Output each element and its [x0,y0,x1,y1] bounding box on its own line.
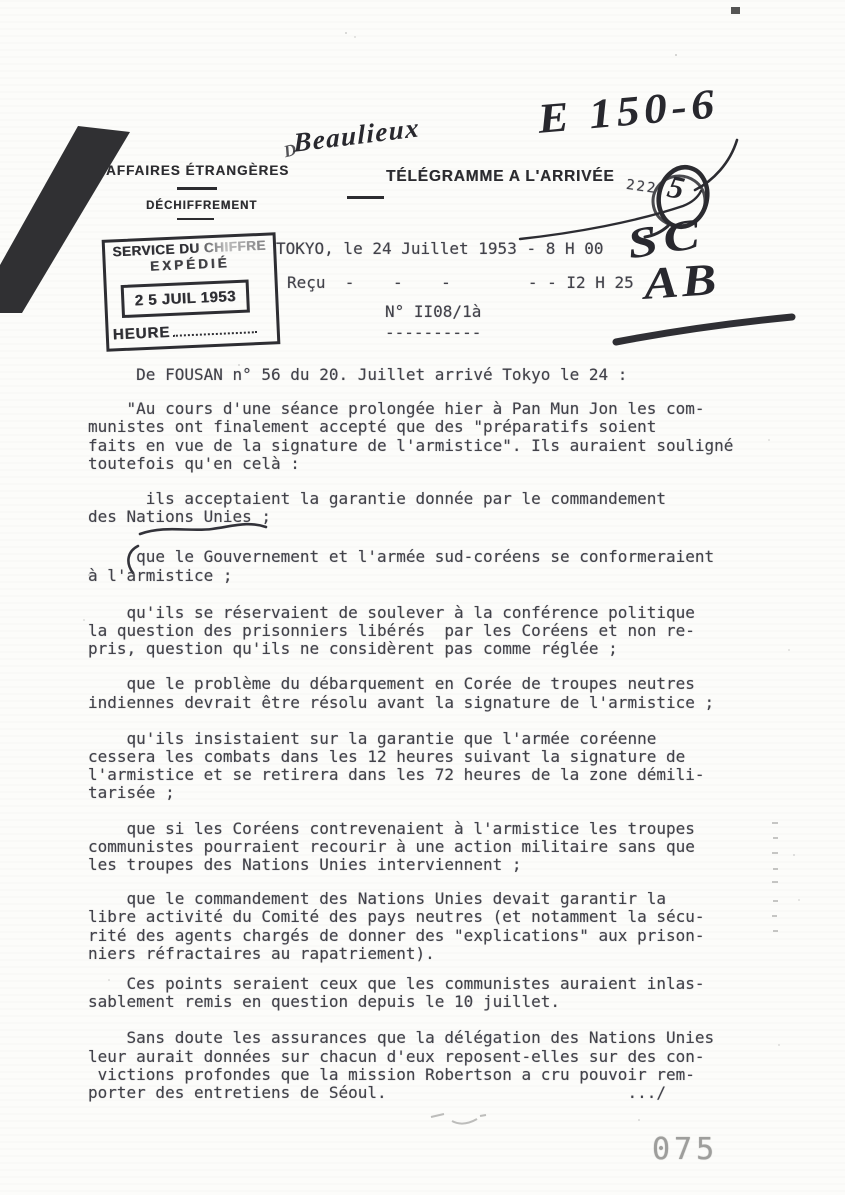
body-paragraph: Sans doute les assurances que la délégat… [88,1029,788,1102]
body-paragraph: Ces points seraient ceux que les communi… [88,975,788,1011]
archive-page-number: 075 [652,1132,718,1167]
ministry-title: AFFAIRES ÉTRANGÈRES [106,163,289,178]
body-paragraph: De FOUSAN n° 56 du 20. Juillet arrivé To… [88,366,788,384]
faint-bottom-marks [431,1114,486,1124]
handwritten-monogram-ab: AB [642,253,721,310]
stamp-hour-dotted-line [172,320,256,337]
cipher-service-stamp: SERVICE DU CHIFFRE EXPÉDIÉ 2 5 JUIL 1953… [102,232,281,351]
telegram-scan-page: AFFAIRES ÉTRANGÈRES DÉCHIFFREMENT TÉLÉGR… [0,0,845,1195]
handwritten-scribble-digit: 5 [664,168,687,208]
telegram-body: De FOUSAN n° 56 du 20. Juillet arrivé To… [88,366,788,1102]
registry-number-222: 222 [625,176,659,198]
handwritten-flourish-stroke [695,140,737,190]
body-paragraph: qu'ils se réservaient de soulever à la c… [88,604,788,659]
section-underline [177,218,214,220]
document-type-title: TÉLÉGRAMME A L'ARRIVÉE [386,168,615,186]
section-title: DÉCHIFFREMENT [146,200,257,212]
document-type-underline [347,196,384,199]
stamp-hour-label: HEURE [112,324,170,343]
telegram-number-line: N° II08/1à [385,303,481,321]
handwritten-signature-name: Beaulieux [293,112,420,159]
scan-top-edge-mark [731,7,740,14]
body-paragraph: ils acceptaient la garantie donnée par l… [88,490,788,526]
body-paragraph: que si les Coréens contrevenaient à l'ar… [88,820,788,875]
monogram-underline-stroke [616,317,792,342]
scan-speckles [345,32,347,34]
body-paragraph: que le commandement des Nations Unies de… [88,890,788,963]
body-paragraph: que le Gouvernement et l'armée sud-corée… [88,548,788,584]
body-paragraph: que le problème du débarquement en Corée… [88,675,788,711]
ministry-underline [177,187,217,190]
telegram-origin-line: TOKYO, le 24 Juillet 1953 - 8 H 00 [276,240,604,258]
stamp-hour-row: HEURE [112,320,256,343]
body-paragraph: qu'ils insistaient sur la garantie que l… [88,730,788,803]
handwritten-file-reference: E 150-6 [536,80,720,144]
telegram-received-line: Reçu - - - - - I2 H 25 [287,274,634,292]
stamp-date-box: 2 5 JUIL 1953 [121,279,250,318]
telegram-number-underline: ---------- [385,324,481,342]
body-paragraph: "Au cours d'une séance prolongée hier à … [88,400,788,473]
